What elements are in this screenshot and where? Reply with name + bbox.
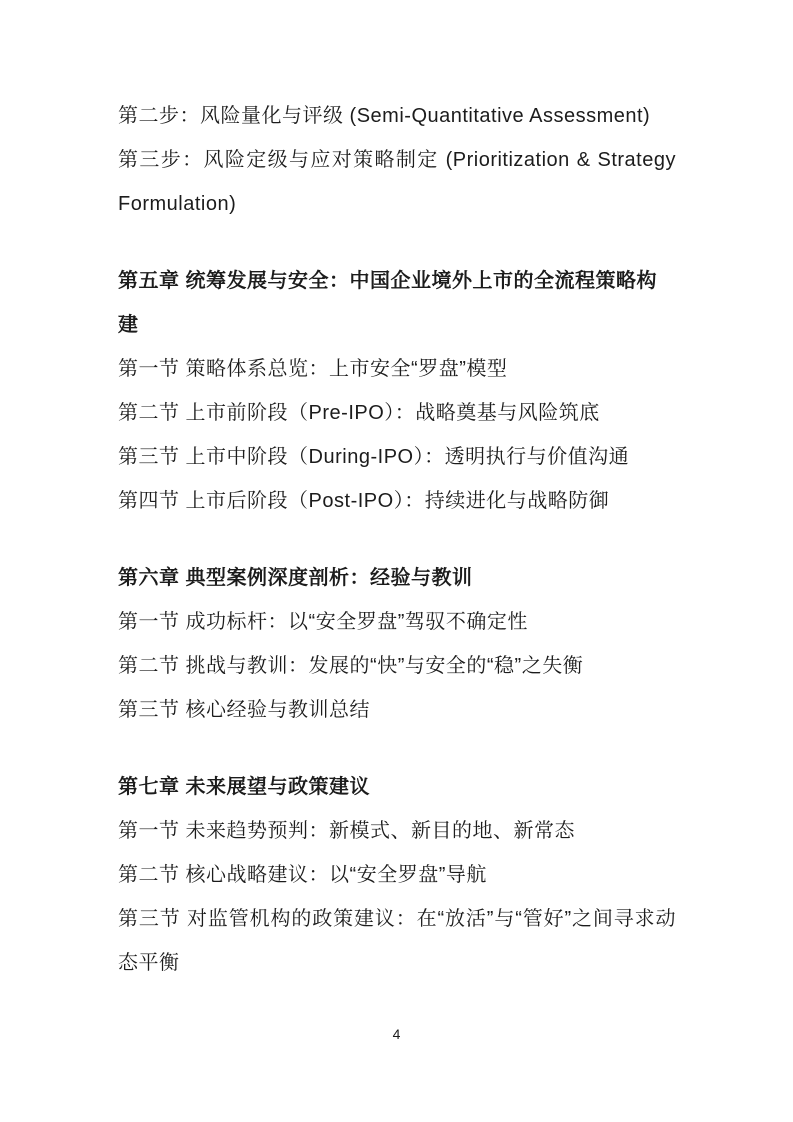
toc-section-chapter-5: 第五章 统筹发展与安全：中国企业境外上市的全流程策略构建 第一节 策略体系总览：… <box>118 259 676 523</box>
toc-entry: 第一节 成功标杆：以“安全罗盘”驾驭不确定性 <box>118 600 676 644</box>
toc-entry: 第四节 上市后阶段（Post-IPO）：持续进化与战略防御 <box>118 479 676 523</box>
page-number: 4 <box>0 1027 793 1041</box>
chapter-7-heading: 第七章 未来展望与政策建议 <box>118 765 676 809</box>
toc-entry: 第二节 上市前阶段（Pre-IPO）：战略奠基与风险筑底 <box>118 391 676 435</box>
toc-entry: 第二节 核心战略建议：以“安全罗盘”导航 <box>118 853 676 897</box>
toc-entry: 第二节 挑战与教训：发展的“快”与安全的“稳”之失衡 <box>118 644 676 688</box>
document-page: 第二步：风险量化与评级 (Semi-Quantitative Assessmen… <box>0 0 793 1122</box>
toc-entry: 第三节 对监管机构的政策建议：在“放活”与“管好”之间寻求动态平衡 <box>118 897 676 985</box>
toc-entry-step-2: 第二步：风险量化与评级 (Semi-Quantitative Assessmen… <box>118 94 676 138</box>
toc-entry: 第一节 未来趋势预判：新模式、新目的地、新常态 <box>118 809 676 853</box>
toc-content: 第二步：风险量化与评级 (Semi-Quantitative Assessmen… <box>118 94 676 985</box>
toc-section-chapter-7: 第七章 未来展望与政策建议 第一节 未来趋势预判：新模式、新目的地、新常态 第二… <box>118 765 676 985</box>
chapter-5-heading: 第五章 统筹发展与安全：中国企业境外上市的全流程策略构建 <box>118 259 676 347</box>
toc-entry: 第一节 策略体系总览：上市安全“罗盘”模型 <box>118 347 676 391</box>
toc-section-chapter-6: 第六章 典型案例深度剖析：经验与教训 第一节 成功标杆：以“安全罗盘”驾驭不确定… <box>118 556 676 732</box>
toc-entry-step-3: 第三步：风险定级与应对策略制定 (Prioritization & Strate… <box>118 138 676 226</box>
toc-entry: 第三节 上市中阶段（During-IPO）：透明执行与价值沟通 <box>118 435 676 479</box>
toc-entry: 第三节 核心经验与教训总结 <box>118 688 676 732</box>
chapter-6-heading: 第六章 典型案例深度剖析：经验与教训 <box>118 556 676 600</box>
